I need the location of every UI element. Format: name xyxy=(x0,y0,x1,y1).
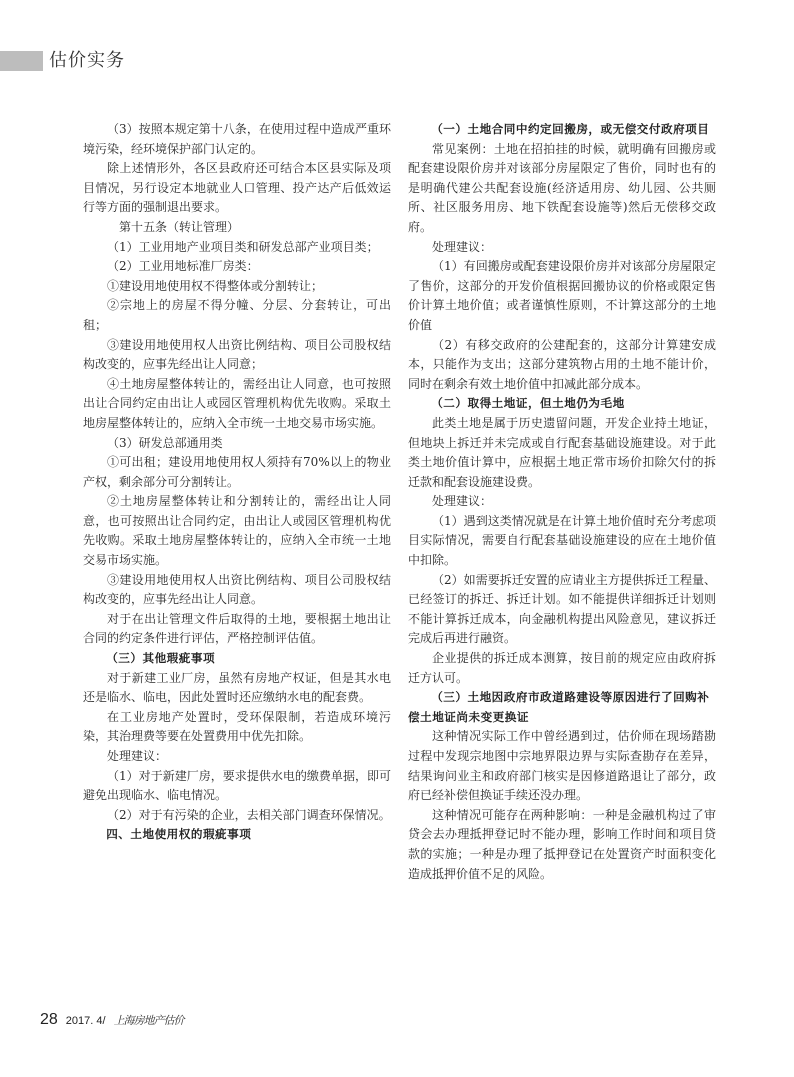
paragraph: （3）按照本规定第十八条，在使用过程中造成严重环境污染，经环境保护部门认定的。 xyxy=(83,120,391,159)
paragraph: （2）如需要拆迁安置的应请业主方提供拆迁工程量、已经签订的拆迁、拆迁计划。如不能… xyxy=(408,571,716,649)
paragraph: ①建设用地使用权不得整体或分割转让； xyxy=(83,277,391,297)
paragraph: （1）有回搬房或配套建设限价房并对该部分房屋限定了售价，这部分的开发价值根据回搬… xyxy=(408,257,716,335)
left-column: （3）按照本规定第十八条，在使用过程中造成严重环境污染，经环境保护部门认定的。除… xyxy=(83,120,391,845)
section-heading: （一）土地合同中约定回搬房，或无偿交付政府项目 xyxy=(408,120,716,140)
paragraph: 此类土地是属于历史遗留问题，开发企业持土地证，但地块上拆迁并未完成或自行配套基础… xyxy=(408,414,716,492)
paragraph: 对于新建工业厂房，虽然有房地产权证，但是其水电还是临水、临电，因此处置时还应缴纳… xyxy=(83,669,391,708)
paragraph: ④土地房屋整体转让的，需经出让人同意，也可按照出让合同约定由出让人或园区管理机构… xyxy=(83,375,391,434)
paragraph: 这种情况实际工作中曾经遇到过，估价师在现场踏勘过程中发现宗地图中宗地界限边界与实… xyxy=(408,727,716,805)
paragraph: （1）对于新建厂房，要求提供水电的缴费单据，即可避免出现临水、临电情况。 xyxy=(83,767,391,806)
paragraph: （3）研发总部通用类 xyxy=(83,434,391,454)
paragraph: （2）工业用地标准厂房类： xyxy=(83,257,391,277)
paragraph: 对于在出让管理文件后取得的土地，要根据土地出让合同的约定条件进行评估，严格控制评… xyxy=(83,610,391,649)
paragraph: 处理建议： xyxy=(408,492,716,512)
paragraph: （2）有移交政府的公建配套的，这部分计算建安成本，只能作为支出；这部分建筑物占用… xyxy=(408,336,716,395)
journal-name-logo: 上海房地产估价 xyxy=(114,1012,184,1028)
paragraph: （2）对于有污染的企业，去相关部门调查环保情况。 xyxy=(83,806,391,826)
section-heading: （三）土地因政府市政道路建设等原因进行了回购补偿土地证尚未变更换证 xyxy=(408,688,716,727)
paragraph: ②土地房屋整体转让和分割转让的，需经出让人同意，也可按照出让合同约定，由出让人或… xyxy=(83,492,391,570)
paragraph: 这种情况可能存在两种影响：一种是金融机构过了审贷会去办理抵押登记时不能办理，影响… xyxy=(408,806,716,884)
paragraph: （1）工业用地产业项目类和研发总部产业项目类； xyxy=(83,238,391,258)
section-header-bar xyxy=(0,51,43,71)
issue-label: 2017. 4/ xyxy=(66,1015,106,1027)
section-heading: 四、土地使用权的瑕疵事项 xyxy=(83,825,391,845)
paragraph: （1）遇到这类情况就是在计算土地价值时充分考虑项目实际情况，需要自行配套基础设施… xyxy=(408,512,716,571)
paragraph: 处理建议： xyxy=(408,238,716,258)
paragraph: ①可出租；建设用地使用权人须持有70%以上的物业产权，剩余部分可分割转让。 xyxy=(83,453,391,492)
paragraph: 第十五条（转让管理） xyxy=(83,218,391,238)
right-column: （一）土地合同中约定回搬房，或无偿交付政府项目常见案例：土地在招拍挂的时候，就明… xyxy=(408,120,716,884)
section-heading: （三）其他瑕疵事项 xyxy=(83,649,391,669)
paragraph: 除上述情形外，各区县政府还可结合本区县实际及项目情况，另行设定本地就业人口管理、… xyxy=(83,159,391,218)
paragraph: 在工业房地产处置时，受环保限制，若造成环境污染，其治理费等要在处置费用中优先扣除… xyxy=(83,708,391,747)
paragraph: 企业提供的拆迁成本测算，按目前的规定应由政府拆迁方认可。 xyxy=(408,649,716,688)
paragraph: ②宗地上的房屋不得分幢、分层、分套转让，可出租； xyxy=(83,296,391,335)
page-number: 28 xyxy=(40,1011,58,1029)
paragraph: ③建设用地使用权人出资比例结构、项目公司股权结构改变的，应事先经出让人同意； xyxy=(83,336,391,375)
section-title: 估价实务 xyxy=(49,50,125,72)
paragraph: ③建设用地使用权人出资比例结构、项目公司股权结构改变的，应事先经出让人同意。 xyxy=(83,571,391,610)
paragraph: 常见案例：土地在招拍挂的时候，就明确有回搬房或配套建设限价房并对该部分房屋限定了… xyxy=(408,140,716,238)
page-footer: 28 2017. 4/ 上海房地产估价 xyxy=(40,1011,184,1029)
section-heading: （二）取得土地证，但土地仍为毛地 xyxy=(408,394,716,414)
paragraph: 处理建议： xyxy=(83,747,391,767)
